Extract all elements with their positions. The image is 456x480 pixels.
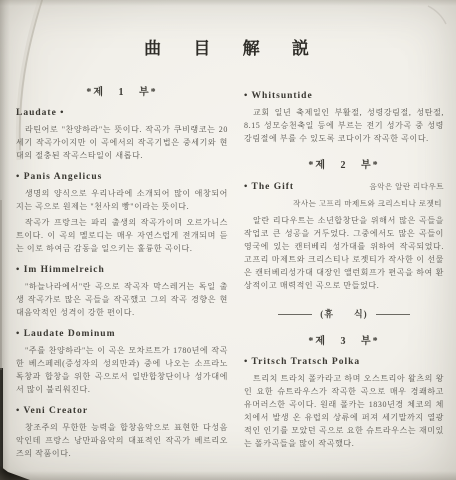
piece-im-himmelreich: • Im Himmelreich "하늘나라에서"란 곡으로 작곡자 막스레거는…: [16, 264, 228, 319]
gift-credit-words: 작사는 고프리 마제트와 크리스티나 로젯티: [244, 197, 442, 210]
bottom-edge-shadow: [0, 471, 456, 480]
intermission-divider: (휴 식): [244, 308, 444, 321]
piece-title-tritsch: • Tritsch Tratsch Polka: [244, 356, 444, 369]
intermission-label: (휴 식): [320, 308, 367, 321]
piece-title-gift: • The Gift: [244, 181, 294, 194]
piece-the-gift: • The Gift 음악은 알란 리다우트 작사는 고프리 마제트와 크리스티…: [244, 180, 444, 292]
left-column: *제 1 부* Laudate • 라틴어로 "찬양하라"는 뜻이다. 작곡가 …: [16, 84, 228, 469]
piece-paragraph: 생명의 양식으로 우리나라에 소개되어 많이 애창되어 지는 곡으로 원제는 "…: [16, 187, 228, 213]
piece-title-dominum: • Laudate Dominum: [16, 328, 228, 341]
piece-whitsuntide: • Whitsuntide 교회 일년 축제일인 부활절, 성령강림절, 성탄절…: [244, 90, 444, 145]
piece-panis-angelicus: • Panis Angelicus 생명의 양식으로 우리나라에 소개되어 많이…: [16, 171, 228, 255]
part-2-heading: *제 2 부*: [244, 159, 444, 172]
piece-paragraph: 창조주의 무한한 능력을 합창음악으로 표현한 다성음악인데 프랑스 낭만파음악…: [16, 421, 228, 460]
piece-title-panis: • Panis Angelicus: [16, 171, 228, 184]
gift-credit-music: 음악은 알란 리다우트: [370, 180, 444, 193]
part-3-heading: *제 3 부*: [244, 335, 444, 348]
part-1-heading: *제 1 부*: [16, 86, 228, 99]
divider-line-left: [278, 314, 312, 315]
piece-title-veni: • Veni Creator: [16, 405, 228, 418]
piece-tritsch-tratsch-polka: • Tritsch Tratsch Polka 트리치 트라치 폴카라고 하며 …: [244, 356, 444, 450]
spine-shadow: [0, 0, 10, 480]
piece-title-laudate: Laudate •: [16, 107, 228, 120]
piece-paragraph: 라틴어로 "찬양하라"는 뜻이다. 작곡가 쿠비랭코는 20세기 작곡가이지만 …: [16, 123, 228, 162]
piece-title-himmelreich: • Im Himmelreich: [16, 264, 228, 277]
piece-title-whitsuntide: • Whitsuntide: [244, 90, 444, 103]
top-edge-shadow: [0, 0, 456, 6]
page-title: 曲 目 解 説: [0, 34, 456, 59]
right-column: • Whitsuntide 교회 일년 축제일인 부활절, 성령강림절, 성탄절…: [244, 84, 444, 459]
piece-paragraph: "하늘나라에서"란 곡으로 작곡자 막스레거는 독일 출생 작곡가로 많은 곡들…: [16, 280, 228, 319]
piece-paragraph: "주를 찬양하라"는 이 곡은 모차르트가 1780년에 작곡한 베스페레(증성…: [16, 344, 228, 396]
piece-paragraph: 교회 일년 축제일인 부활절, 성령강림절, 성탄절, 8.15 성모승천축일 …: [244, 106, 444, 145]
piece-paragraph: 알란 리다우트는 소년합창단을 위해서 많은 곡들을 작업코 큰 성공을 거두었…: [244, 214, 444, 292]
piece-paragraph: 작곡가 프랑크는 파리 출생의 작곡가이며 오르가니스트이다. 이 곡의 멜로디…: [16, 216, 228, 255]
piece-title-gift-row: • The Gift 음악은 알란 리다우트: [244, 180, 444, 194]
piece-laudate-dominum: • Laudate Dominum "주를 찬양하라"는 이 곡은 모차르트가 …: [16, 328, 228, 396]
piece-veni-creator: • Veni Creator 창조주의 무한한 능력을 합창음악으로 표현한 다…: [16, 405, 228, 460]
piece-laudate: Laudate • 라틴어로 "찬양하라"는 뜻이다. 작곡가 쿠비랭코는 20…: [16, 107, 228, 162]
piece-paragraph: 트리치 트라치 폴카라고 하며 오스트리아 왈츠의 왕인 요한 슈트라우스가 작…: [244, 372, 444, 450]
divider-line-right: [376, 314, 410, 315]
program-notes-page: 曲 目 解 説 *제 1 부* Laudate • 라틴어로 "찬양하라"는 뜻…: [0, 0, 456, 480]
